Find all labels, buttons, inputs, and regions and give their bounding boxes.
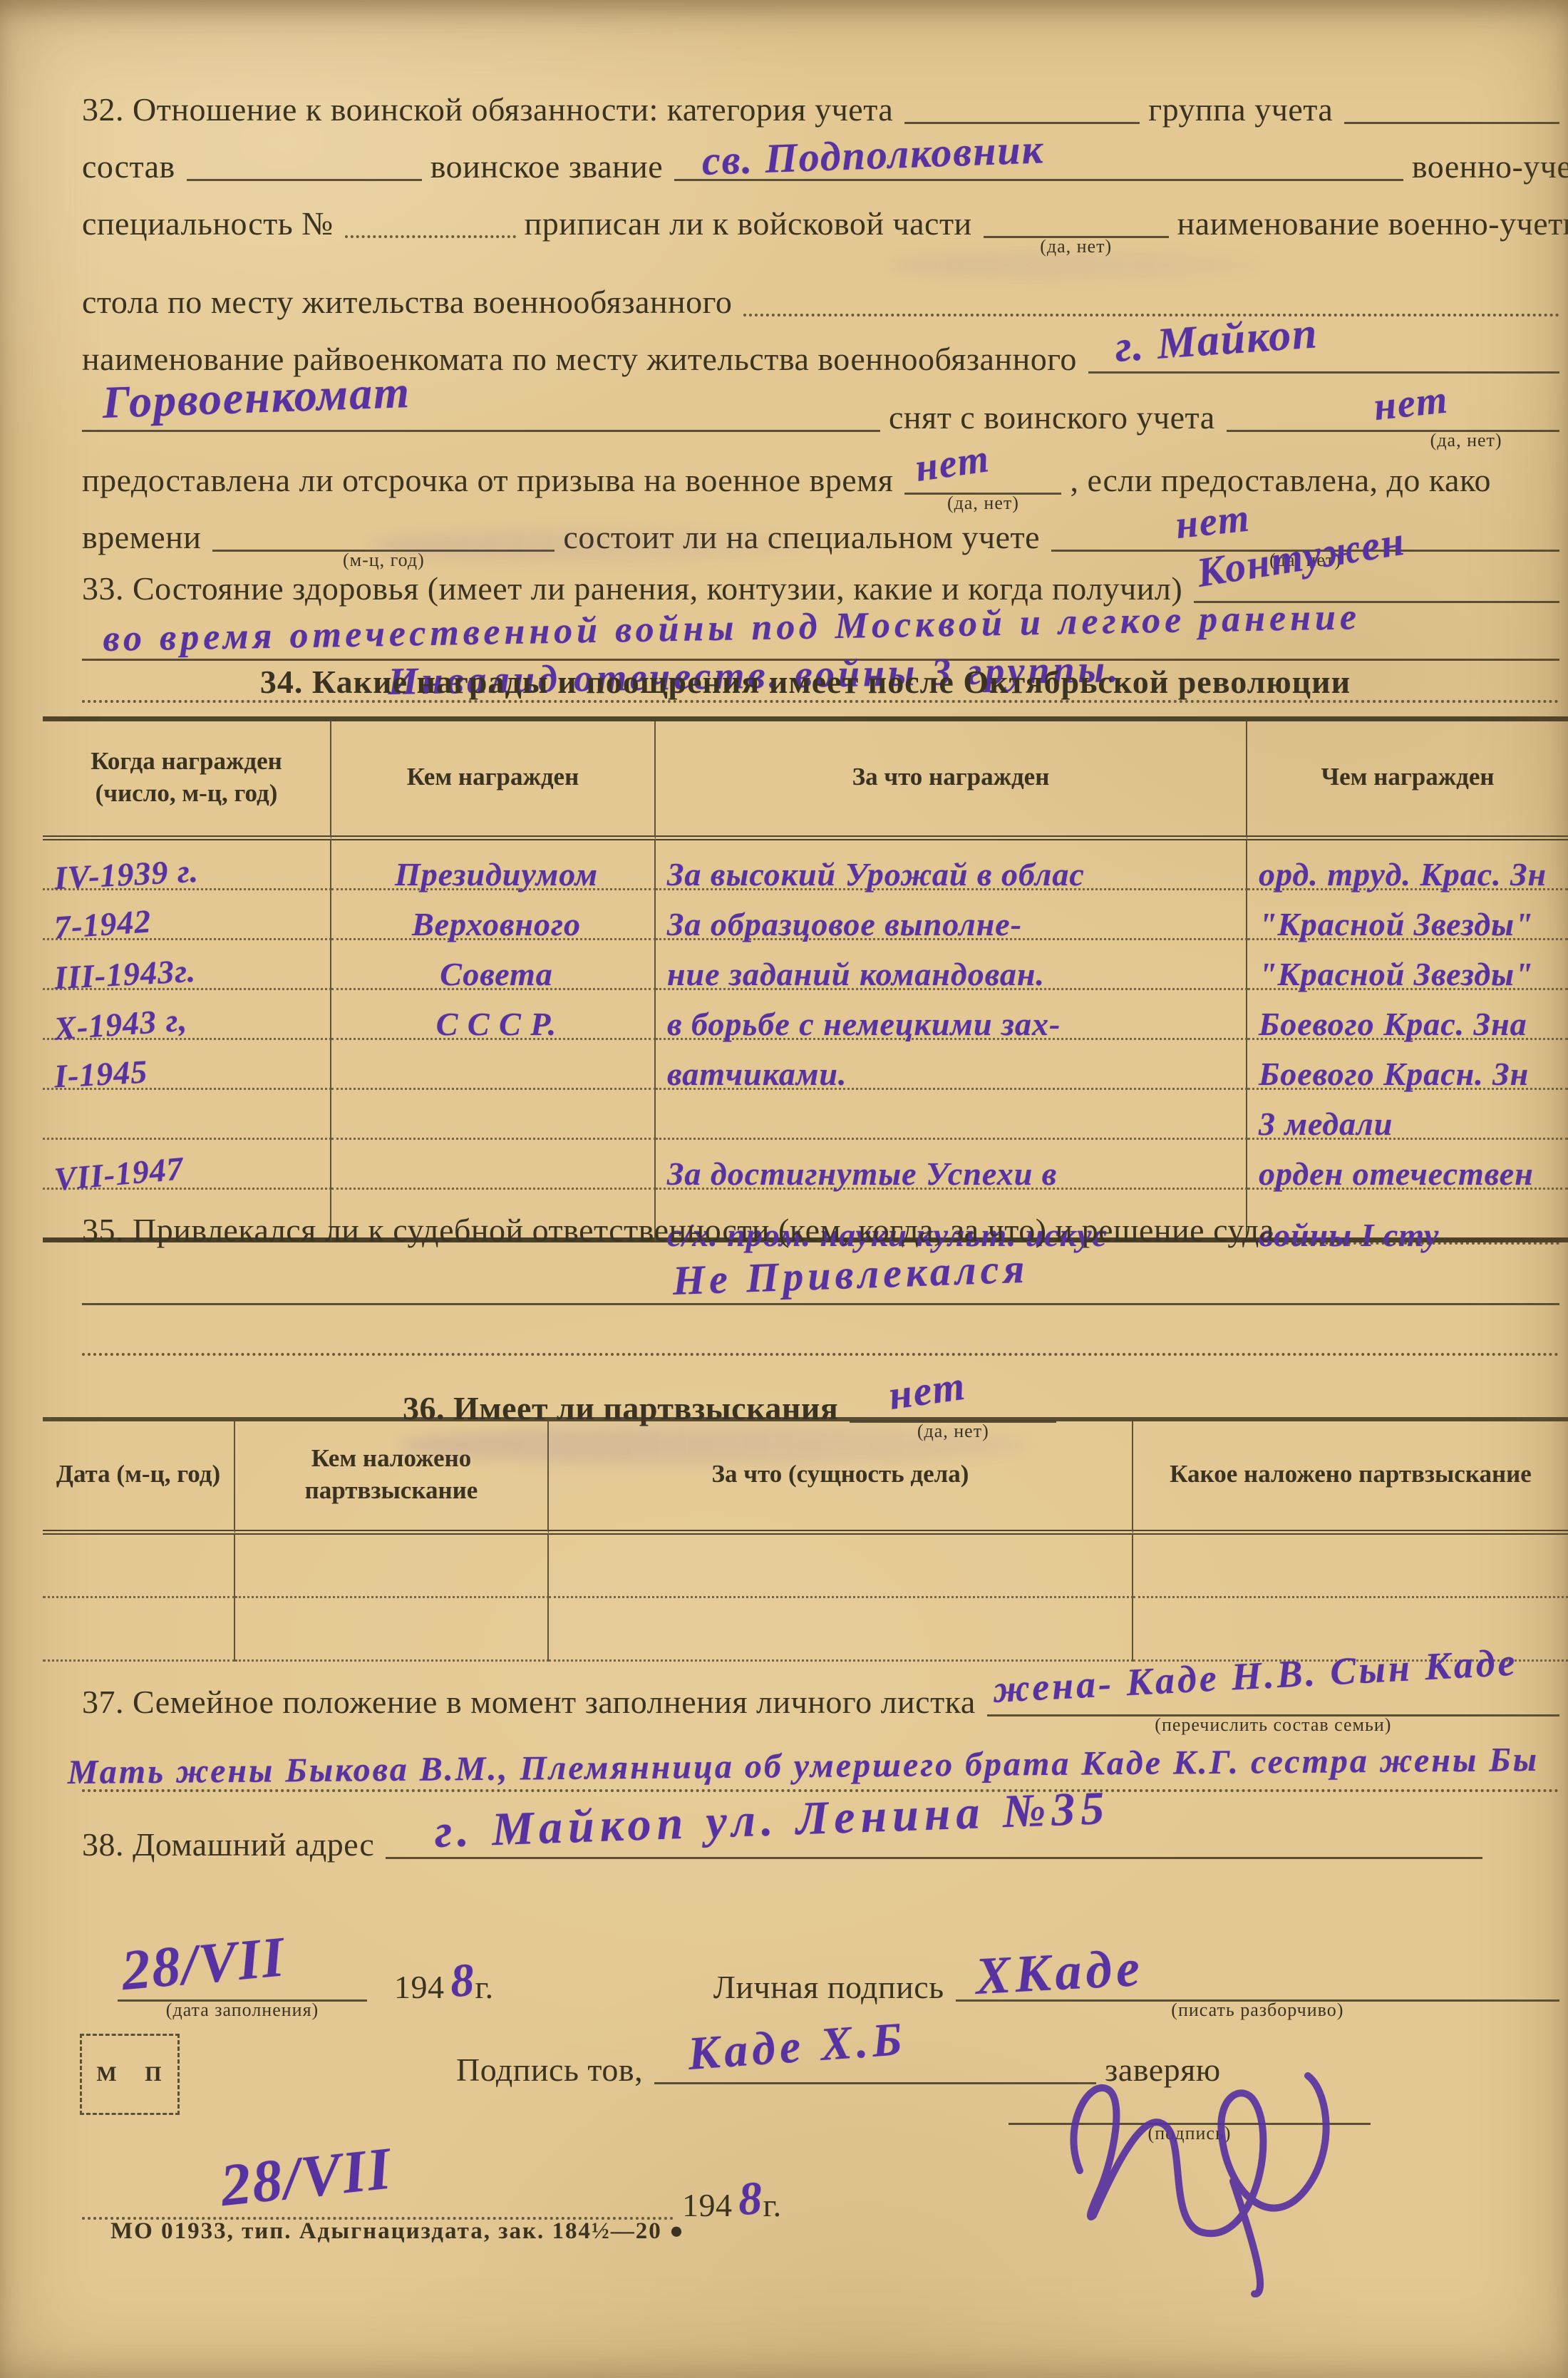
scanned-personnel-form-page: { "s32": { "l1a": "32. Отношение к воинс…: [0, 0, 1568, 2378]
handwriting-award-date: IV-1939 г.: [53, 858, 199, 892]
label-35: 35. Привлекался ли к судебной ответствен…: [82, 1212, 1280, 1250]
penalties-table: Дата (м-ц, год) Кем наложено партвзыскан…: [43, 1417, 1568, 1662]
line-37-2: Мать жены Быкова В.М., Племянница об уме…: [82, 1745, 1568, 1798]
line-32-category: 32. Отношение к воинской обязанности: ка…: [82, 91, 1568, 130]
label-vremeni: времени: [82, 519, 207, 557]
section-34-title: 34. Какие награды и поощрения имеет посл…: [43, 663, 1568, 701]
awards-cell: Боевого Красн. Зн: [1247, 1040, 1568, 1090]
handwriting-award-by: Президиумом: [395, 862, 598, 888]
handwriting-net-4: нет: [886, 1362, 969, 1419]
label-year-1-suffix: г.: [475, 1969, 500, 2007]
field-35-blank: [82, 1346, 1559, 1356]
line-32-gorvoenkomat: Горвоенкомат снят с воинского учета нет …: [82, 399, 1568, 438]
label-special-register: состоит ли на специальном учете: [563, 519, 1046, 557]
handwriting-gorvoenkomat: Горвоенкомат: [101, 366, 411, 428]
handwriting-award-what: Боевого Красн. Зн: [1259, 1061, 1529, 1088]
label-voenno-uchetna: военно-учетна: [1412, 148, 1568, 187]
hint-fill-date: (дата заполнения): [166, 1999, 319, 2020]
awards-cell: [43, 1090, 331, 1140]
awards-cell: X-1943 г,: [43, 990, 331, 1040]
awards-cell: С С С Р.: [331, 990, 656, 1040]
field-37: жена- Каде Н.В. Сын Каде (перечислить со…: [987, 1707, 1559, 1716]
handwriting-award-for: За высокий Урожай в облас: [667, 862, 1085, 888]
penalties-cell: [43, 1598, 235, 1662]
penalties-cell: [549, 1598, 1133, 1662]
awards-cell: [331, 1090, 656, 1140]
awards-cell: [331, 1140, 656, 1190]
handwriting-award-date: III-1943г.: [53, 958, 197, 992]
field-sostav: [187, 172, 422, 181]
handwriting-award-what: орд. труд. Крас. Зн: [1259, 862, 1547, 888]
awards-cell: III-1943г.: [43, 940, 331, 990]
label-deferment: предоставлена ли отсрочка от призыва на …: [82, 462, 899, 500]
field-speciality-no: [345, 228, 516, 238]
awards-cell: Боевого Крас. Зна: [1247, 990, 1568, 1040]
handwriting-award-by: Совета: [440, 962, 553, 988]
hint-da-net: (да, нет): [1040, 236, 1112, 257]
awards-cell: VII-1947: [43, 1140, 331, 1190]
handwriting-award-date: VII-1947: [53, 1155, 185, 1193]
handwriting-year-1: 8: [448, 1954, 477, 2008]
awards-cell: За образцовое выполне-: [656, 890, 1247, 940]
handwriting-fill-date: 28/VII: [119, 1926, 288, 2004]
label-37: 37. Семейное положение в момент заполнен…: [82, 1684, 981, 1722]
awards-cell: ватчиками.: [656, 1040, 1247, 1090]
handwriting-award-by: Верховного: [412, 912, 581, 938]
penalties-header-date: Дата (м-ц, год): [43, 1421, 235, 1535]
handwriting-award-date: 7-1942: [53, 908, 153, 941]
field-category-ucheta: [904, 115, 1140, 124]
label-year-1: 194: [376, 1969, 450, 2007]
handwriting-award-for: в борьбе с немецкими зах-: [667, 1012, 1061, 1038]
label-32: 32. Отношение к воинской обязанности: ка…: [82, 91, 899, 130]
seal-placeholder-label: М П: [96, 2062, 172, 2086]
label-personal-signature: Личная подпись: [713, 1969, 950, 2007]
handwriting-rank: св. Подполковник: [701, 126, 1045, 185]
awards-cell: "Красной Звезды": [1247, 890, 1568, 940]
field-35-answer: Не Привлекался: [82, 1260, 1559, 1305]
awards-cell: [331, 1040, 656, 1090]
awards-cell: ние заданий командован.: [656, 940, 1247, 990]
line-32-rank: состав воинское звание св. Подполковник …: [82, 148, 1568, 187]
field-military-rank: св. Подполковник: [674, 172, 1403, 181]
label-uchet-stol: наименование военно-учетног: [1177, 205, 1568, 244]
awards-cell: Президиумом: [331, 840, 656, 890]
penalties-cell: [549, 1535, 1133, 1598]
awards-header-what: Чем награжден: [1247, 721, 1568, 840]
awards-header-date: Когда награжден (число, м-ц, год): [43, 721, 331, 840]
awards-cell: орд. труд. Крас. Зн: [1247, 840, 1568, 890]
handwriting-award-what: орден отечествен: [1259, 1161, 1534, 1188]
line-fill-date: 28/VII (дата заполнения) 194 8 г. Личная…: [118, 1955, 1568, 2007]
field-voenkomat-city: г. Майкоп: [1088, 364, 1559, 374]
line-32-speciality: специальность № приписан ли к войсковой …: [82, 205, 1568, 244]
print-shop-imprint: МО 01933, тип. Адыгнациздата, зак. 184½—…: [110, 2218, 685, 2245]
handwriting-witness-signature: Каде Х.Б: [686, 2012, 908, 2080]
line-37: 37. Семейное положение в момент заполнен…: [82, 1684, 1568, 1722]
awards-cell: 7-1942: [43, 890, 331, 940]
label-if-granted: , если предоставлена, до како: [1070, 462, 1497, 500]
label-stola: стола по месту жительства военнообязанно…: [82, 284, 738, 322]
handwriting-net-1: нет: [1371, 377, 1450, 429]
field-vremeni: (м-ц, год): [212, 542, 555, 552]
field-38: г. Майкоп ул. Ленина №35: [386, 1850, 1482, 1859]
label-attached-unit: приписан ли к войсковой части: [525, 205, 978, 244]
field-group-ucheta: [1344, 115, 1559, 124]
awards-cell: [656, 1090, 1247, 1140]
field-voenkomat-name: Горвоенкомат: [82, 423, 880, 432]
handwriting-award-what: "Красной Звезды": [1259, 962, 1534, 988]
seal-placeholder-box: М П: [80, 2034, 180, 2115]
handwriting-award-what: Боевого Крас. Зна: [1259, 1012, 1527, 1038]
hint-da-net: (да, нет): [1430, 430, 1502, 451]
label-group-ucheta: группа учета: [1148, 91, 1339, 130]
line-certify-date: 28/VII 194 8 г.: [82, 2173, 1568, 2225]
hint-family: (перечислить состав семьи): [1155, 1714, 1391, 1735]
awards-cell: Верховного: [331, 890, 656, 940]
handwriting-award-for: ние заданий командован.: [667, 962, 1045, 988]
label-witness: Подпись тов,: [456, 2052, 649, 2090]
line-38: 38. Домашний адрес г. Майкоп ул. Ленина …: [82, 1826, 1568, 1865]
field-37-2: Мать жены Быкова В.М., Племянница об уме…: [82, 1745, 1559, 1792]
awards-cell: в борьбе с немецкими зах-: [656, 990, 1247, 1040]
awards-cell: 3 медали: [1247, 1090, 1568, 1140]
field-fill-date: 28/VII (дата заполнения): [118, 1992, 367, 2002]
handwriting-family-2: Мать жены Быкова В.М., Племянница об уме…: [68, 1741, 1539, 1792]
penalties-cell: [235, 1535, 549, 1598]
hint-write-legibly: (писать разборчиво): [1171, 1999, 1343, 2020]
handwriting-award-by: С С С Р.: [436, 1012, 557, 1038]
awards-cell: За достигнутые Успехи в: [656, 1140, 1247, 1190]
awards-cell: Совета: [331, 940, 656, 990]
label-38: 38. Домашний адрес: [82, 1826, 380, 1865]
field-removed-from-register: нет (да, нет): [1227, 423, 1559, 432]
field-personal-signature: ХКаде (писать разборчиво): [956, 1992, 1559, 2002]
handwriting-award-what: "Красной Звезды": [1259, 912, 1534, 938]
field-35: [1286, 1235, 1559, 1245]
line-35-answer: Не Привлекался: [82, 1260, 1568, 1311]
handwriting-net-2: нет: [913, 436, 993, 491]
field-deferment: нет (да, нет): [904, 485, 1061, 495]
hint-mc-god: (м-ц, год): [343, 550, 425, 570]
awards-cell: За высокий Урожай в облас: [656, 840, 1247, 890]
line-32-deferment: предоставлена ли отсрочка от призыва на …: [82, 462, 1568, 500]
awards-cell: "Красной Звезды": [1247, 940, 1568, 990]
awards-cell: IV-1939 г.: [43, 840, 331, 890]
label-military-rank: воинское звание: [430, 148, 669, 187]
handwriting-certify-date: 28/VII: [217, 2135, 395, 2220]
line-32-stol: стола по месту жительства военнообязанно…: [82, 284, 1568, 322]
label-speciality: специальность №: [82, 205, 339, 244]
handwriting-ne-privlekalsya: Не Привлекался: [672, 1246, 1029, 1304]
awards-header-for: За что награжден: [656, 721, 1247, 840]
hint-da-net: (да, нет): [947, 493, 1019, 513]
penalties-header-by: Кем наложено партвзыскание: [235, 1421, 549, 1535]
awards-header-by: Кем награжден: [331, 721, 656, 840]
handwriting-personal-signature: ХКаде: [974, 1939, 1145, 2007]
awards-cell: орден отечествен: [1247, 1140, 1568, 1190]
handwriting-net-3: нет: [1174, 495, 1253, 547]
handwriting-award-for: За образцовое выполне-: [667, 912, 1022, 938]
penalties-cell: [43, 1535, 235, 1598]
penalties-cell: [235, 1598, 549, 1662]
penalties-header-for: За что (сущность дела): [549, 1421, 1133, 1535]
field-attached-unit: (да, нет): [984, 229, 1169, 238]
handwriting-award-date: X-1943 г,: [53, 1007, 188, 1043]
penalties-header-what: Какое наложено партвзыскание: [1133, 1421, 1568, 1535]
awards-cell: I-1945: [43, 1040, 331, 1090]
line-imprint: МО 01933, тип. Адыгнациздата, зак. 184½—…: [110, 2218, 1568, 2245]
handwriting-award-for: ватчиками.: [667, 1061, 847, 1088]
line-35-blank: [82, 1346, 1568, 1362]
awards-table: Когда награжден (число, м-ц, год) Кем на…: [43, 716, 1568, 1242]
handwriting-award-for: За достигнутые Успехи в: [667, 1161, 1057, 1188]
penalties-cell: [1133, 1535, 1568, 1598]
handwriting-award-what: 3 медали: [1259, 1111, 1393, 1138]
label-sostav: состав: [82, 148, 181, 187]
label-removed-from-register: снят с воинского учета: [889, 399, 1221, 438]
line-35: 35. Привлекался ли к судебной ответствен…: [82, 1212, 1568, 1250]
field-stola: [743, 307, 1559, 316]
handwriting-award-date: I-1945: [53, 1059, 148, 1091]
